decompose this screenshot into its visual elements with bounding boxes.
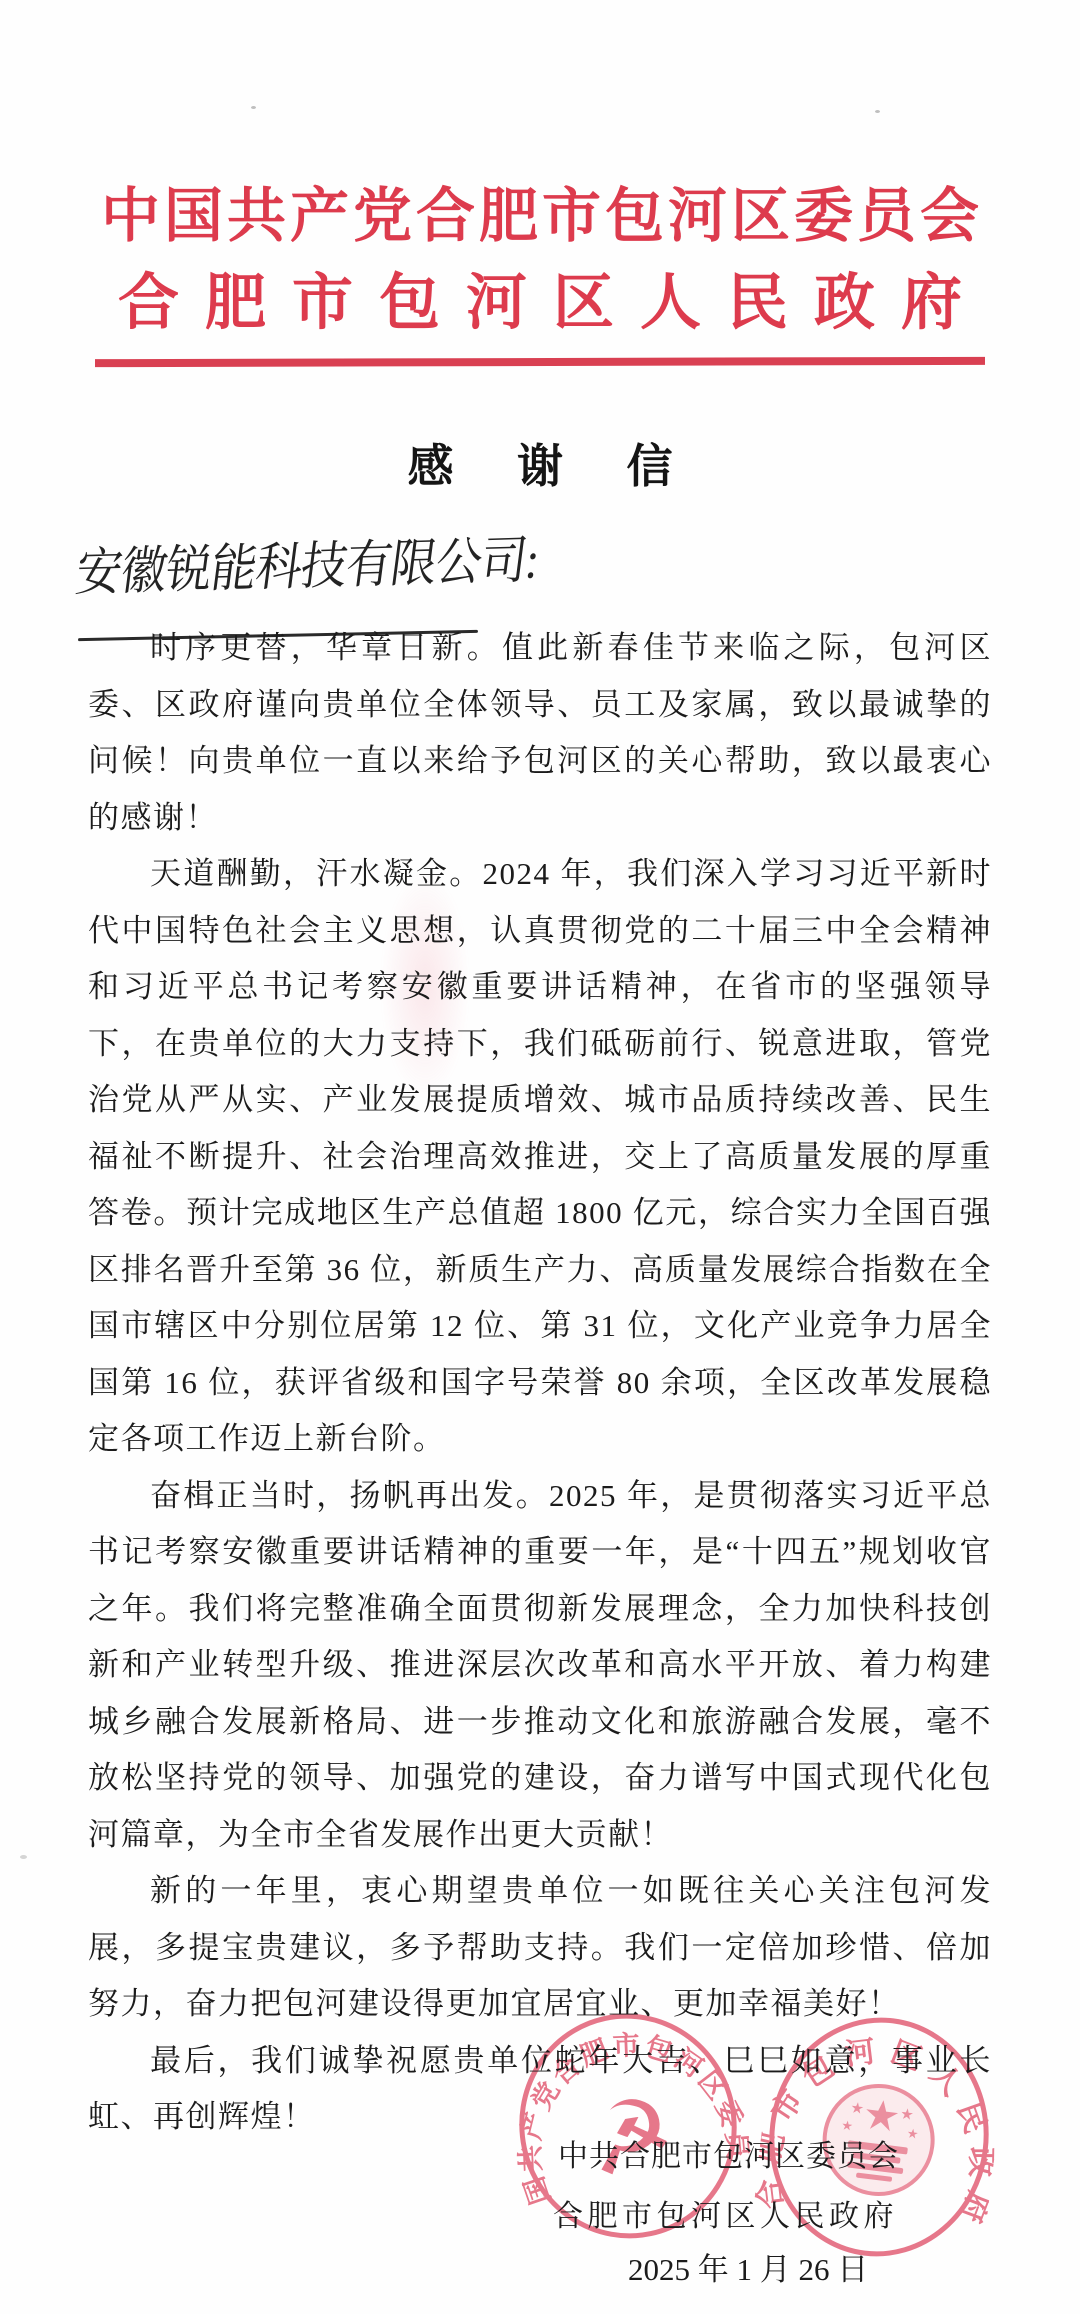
letterhead-rule (95, 357, 985, 367)
paragraph-wishes-support: 新的一年里，衷心期望贵单位一如既往关心关注包河发展，多提宝贵建议，多予帮助支持。… (88, 1863, 992, 2033)
letter-body: 时序更替，华章日新。值此新春佳节来临之际，包河区委、区政府谨向贵单位全体领导、员… (88, 620, 992, 2146)
paragraph-2024-review: 天道酬勤，汗水凝金。2024 年，我们深入学习习近平新时代中国特色社会主义思想，… (88, 846, 992, 1468)
scan-speck (251, 106, 256, 109)
recipient-handwritten: 安徽锐能科技有限公司: (72, 519, 543, 606)
letterhead-line1: 中国共产党合肥市包河区委员会 (2, 168, 1080, 253)
signature-date: 2025 年 1 月 26 日 (628, 2244, 868, 2289)
letter-title: 感 谢 信 (13, 430, 1080, 496)
paragraph-closing-blessing: 最后，我们诚挚祝愿贵单位蛇年大吉、巳巳如意，事业长虹、再创辉煌！ (88, 2033, 992, 2146)
paragraph-greeting: 时序更替，华章日新。值此新春佳节来临之际，包河区委、区政府谨向贵单位全体领导、员… (88, 620, 992, 846)
scan-speck (875, 110, 880, 113)
letterhead-line2: 合肥市包河区人民政府 (13, 254, 1080, 341)
signature-government: 合肥市包河区人民政府 (553, 2191, 898, 2235)
paragraph-2025-outlook: 奋楫正当时，扬帆再出发。2025 年，是贯彻落实习近平总书记考察安徽重要讲话精神… (88, 1468, 992, 1864)
letter-page: 中国共产党合肥市包河区委员会 合肥市包河区人民政府 感 谢 信 安徽锐能科技有限… (0, 0, 1080, 2314)
scan-speck (20, 1855, 27, 1859)
signature-party-committee: 中共合肥市包河区委员会 (558, 2131, 899, 2175)
